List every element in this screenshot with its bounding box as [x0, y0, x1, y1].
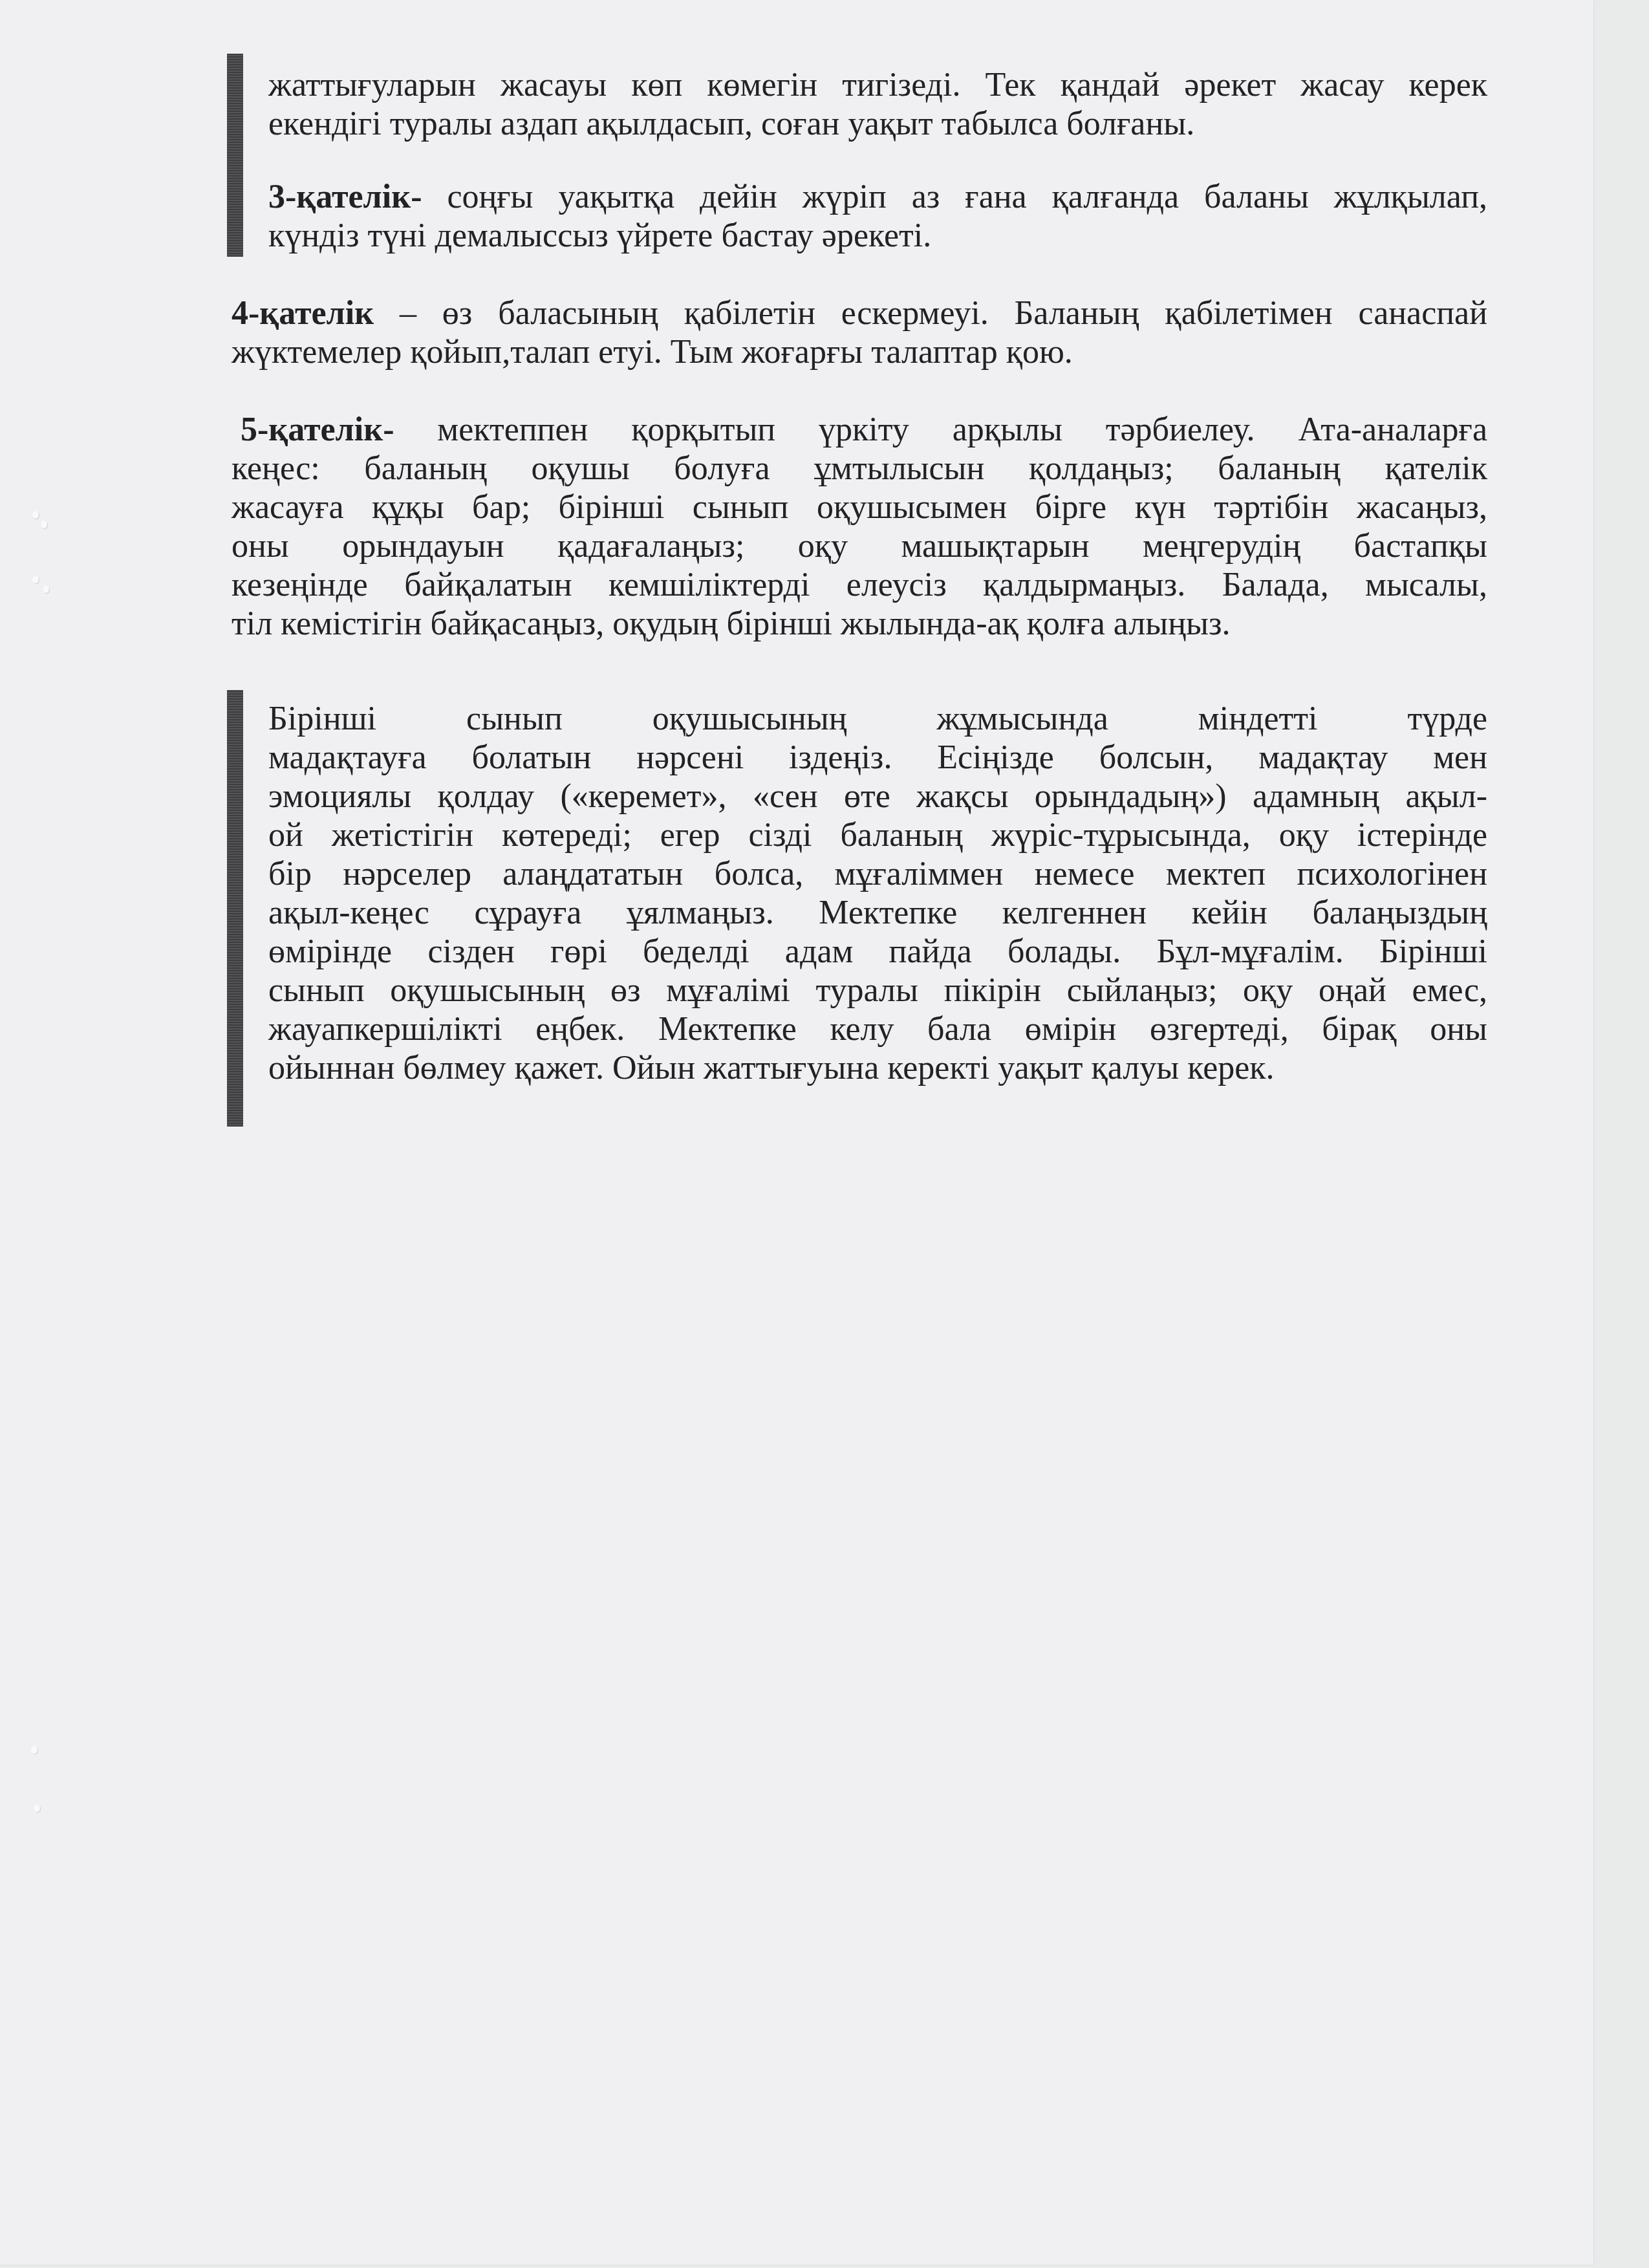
text-line: 5-қателік- мектеппен қорқытып үркіту арқ… [232, 411, 1487, 449]
text-fragment: мектеппен қорқытып үркіту арқылы тәрбиел… [394, 411, 1487, 448]
staple-mark [32, 511, 39, 519]
paragraph-mistake-3: 3-қателік- соңғы уақытқа дейін жүріп аз … [268, 178, 1487, 255]
mistake-heading: 4-қателік [232, 295, 374, 332]
text-line: ойыннан бөлмеу қажет. Ойын жаттығуына ке… [268, 1049, 1487, 1088]
paragraph-advice: Бірінші сынып оқушысының жұмысында мінде… [268, 700, 1487, 1088]
text-line: кезеңінде байқалатын кемшіліктерді елеус… [232, 566, 1487, 605]
text-line: ақыл-кеңес сұрауға ұялмаңыз. Мектепке ке… [268, 894, 1487, 933]
text-line: тіл кемістігін байқасаңыз, оқудың бірінш… [232, 605, 1487, 643]
staple-mark [32, 576, 39, 583]
text-line: жасауға құқы бар; бірінші сынып оқушысым… [232, 488, 1487, 527]
text-line: өмірінде сізден гөрі беделді адам пайда … [268, 933, 1487, 971]
paragraph-mistake-5: 5-қателік- мектеппен қорқытып үркіту арқ… [232, 411, 1487, 643]
text-fragment: – өз баласының қабілетін ескермеуі. Бала… [374, 295, 1487, 332]
staple-mark [41, 521, 47, 528]
side-bar-top [227, 54, 243, 257]
text-line: оны орындауын қадағалаңыз; оқу машықтары… [232, 527, 1487, 566]
text-line: мадақтауға болатын нәрсені іздеңіз. Есің… [268, 739, 1487, 777]
text-line: Бірінші сынып оқушысының жұмысында мінде… [268, 700, 1487, 739]
text-line: бір нәрселер алаңдататын болса, мұғалімм… [268, 855, 1487, 894]
staple-mark [34, 1804, 40, 1812]
mistake-heading: 5-қателік- [241, 411, 394, 448]
text-fragment: соңғы уақытқа дейін жүріп аз ғана қалған… [422, 178, 1487, 215]
staple-mark [31, 1746, 38, 1754]
text-line: кеңес: баланың оқушы болуға ұмтылысын қо… [232, 449, 1487, 488]
text-line: 4-қателік – өз баласының қабілетін ескер… [232, 294, 1487, 333]
text-line: жауапкершілікті еңбек. Мектепке келу бал… [268, 1010, 1487, 1049]
side-bar-advice [227, 690, 243, 1127]
text-line: жүктемелер қойып,талап етуі. Тым жоғарғы… [232, 333, 1487, 372]
text-line: жаттығуларын жасауы көп көмегін тигізеді… [268, 66, 1487, 105]
text-line: 3-қателік- соңғы уақытқа дейін жүріп аз … [268, 178, 1487, 217]
paragraph-mistake-4: 4-қателік – өз баласының қабілетін ескер… [232, 294, 1487, 372]
staple-mark [43, 585, 49, 593]
text-line: күндіз түні демалыссыз үйрете бастау әре… [268, 217, 1487, 255]
text-line: ой жетістігін көтереді; егер сізді балан… [268, 816, 1487, 855]
text-line: сынып оқушысының өз мұғалімі туралы пікі… [268, 971, 1487, 1010]
text-line: эмоциялы қолдау («керемет», «сен өте жақ… [268, 777, 1487, 816]
paragraph-continuation: жаттығуларын жасауы көп көмегін тигізеді… [268, 66, 1487, 144]
mistake-heading: 3-қателік- [268, 178, 422, 215]
text-line: екендігі туралы аздап ақылдасып, соған у… [268, 105, 1487, 144]
scanned-page: жаттығуларын жасауы көп көмегін тигізеді… [0, 0, 1593, 2265]
